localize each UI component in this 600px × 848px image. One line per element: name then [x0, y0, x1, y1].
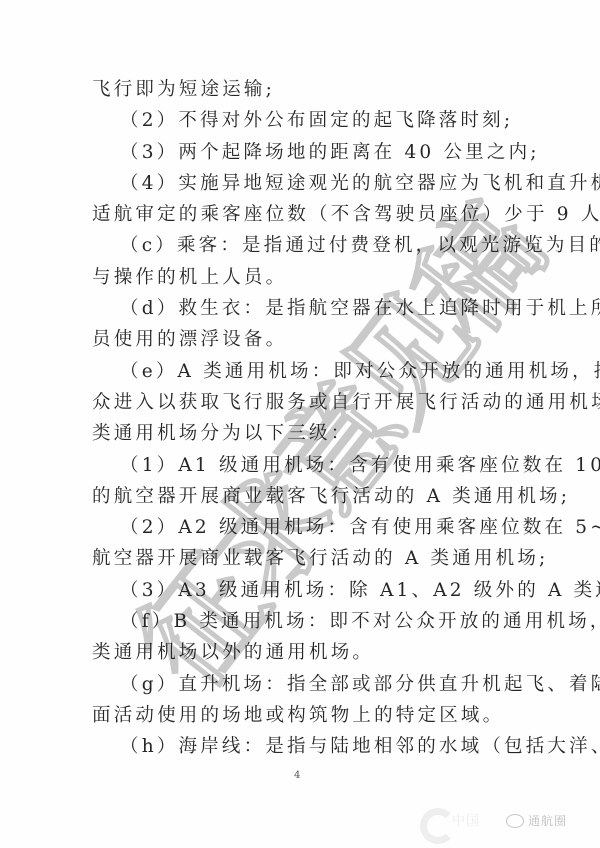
text-line: （g）直升机场：指全部或部分供直升机起飞、着陆和地 [92, 669, 512, 700]
text-line: 适航审定的乘客座位数（不含驾驶员座位）少于 9 人。 [92, 199, 512, 230]
text-line: （d）救生衣：是指航空器在水上迫降时用于机上所有成 [92, 293, 512, 324]
text-line: 与操作的机上人员。 [92, 262, 512, 293]
text-line: （4）实施异地短途观光的航空器应为飞机和直升机，且 [92, 168, 512, 199]
text-line: 飞行即为短途运输; [92, 74, 512, 105]
text-line: （c）乘客：是指通过付费登机，以观光游览为目的，不参 [92, 230, 512, 261]
document-body: 飞行即为短途运输; （2）不得对外公布固定的起飞降落时刻; （3）两个起降场地的… [92, 74, 512, 763]
document-page: 征求意见稿 飞行即为短途运输; （2）不得对外公布固定的起飞降落时刻; （3）两… [0, 0, 600, 848]
text-line: （3）A3 级通用机场：除 A1、A2 级外的 A 类通用机场。 [92, 575, 512, 606]
wechat-icon [506, 814, 524, 828]
text-line: （1）A1 级通用机场：含有使用乘客座位数在 10 座以上 [92, 450, 512, 481]
text-line: 面活动使用的场地或构筑物上的特定区域。 [92, 700, 512, 731]
text-line: （2）A2 级通用机场：含有使用乘客座位数在 5~9 之间的 [92, 512, 512, 543]
site-logo-icon [420, 808, 456, 844]
text-line: 航空器开展商业载客飞行活动的 A 类通用机场; [92, 543, 512, 574]
text-line: 员使用的漂浮设备。 [92, 324, 512, 355]
text-line: （h）海岸线：是指与陆地相邻的水域（包括大洋、海洋、 [92, 731, 512, 762]
text-line: （2）不得对外公布固定的起飞降落时刻; [92, 105, 512, 136]
page-number: 4 [294, 770, 300, 781]
site-logo-text: 中国 [452, 810, 480, 829]
footer-watermark-logos: 中国 通航圈 [400, 800, 600, 840]
text-line: 众进入以获取飞行服务或自行开展飞行活动的通用机场；A [92, 387, 512, 418]
text-line: 类通用机场以外的通用机场。 [92, 637, 512, 668]
text-line: （3）两个起降场地的距离在 40 公里之内; [92, 137, 512, 168]
text-line: 的航空器开展商业载客飞行活动的 A 类通用机场; [92, 481, 512, 512]
text-line: （e）A 类通用机场：即对公众开放的通用机场，指允许公 [92, 356, 512, 387]
text-line: （f）B 类通用机场：即不对公众开放的通用机场，指除 A [92, 606, 512, 637]
wechat-account-label: 通航圈 [528, 812, 567, 829]
text-line: 类通用机场分为以下三级： [92, 418, 512, 449]
